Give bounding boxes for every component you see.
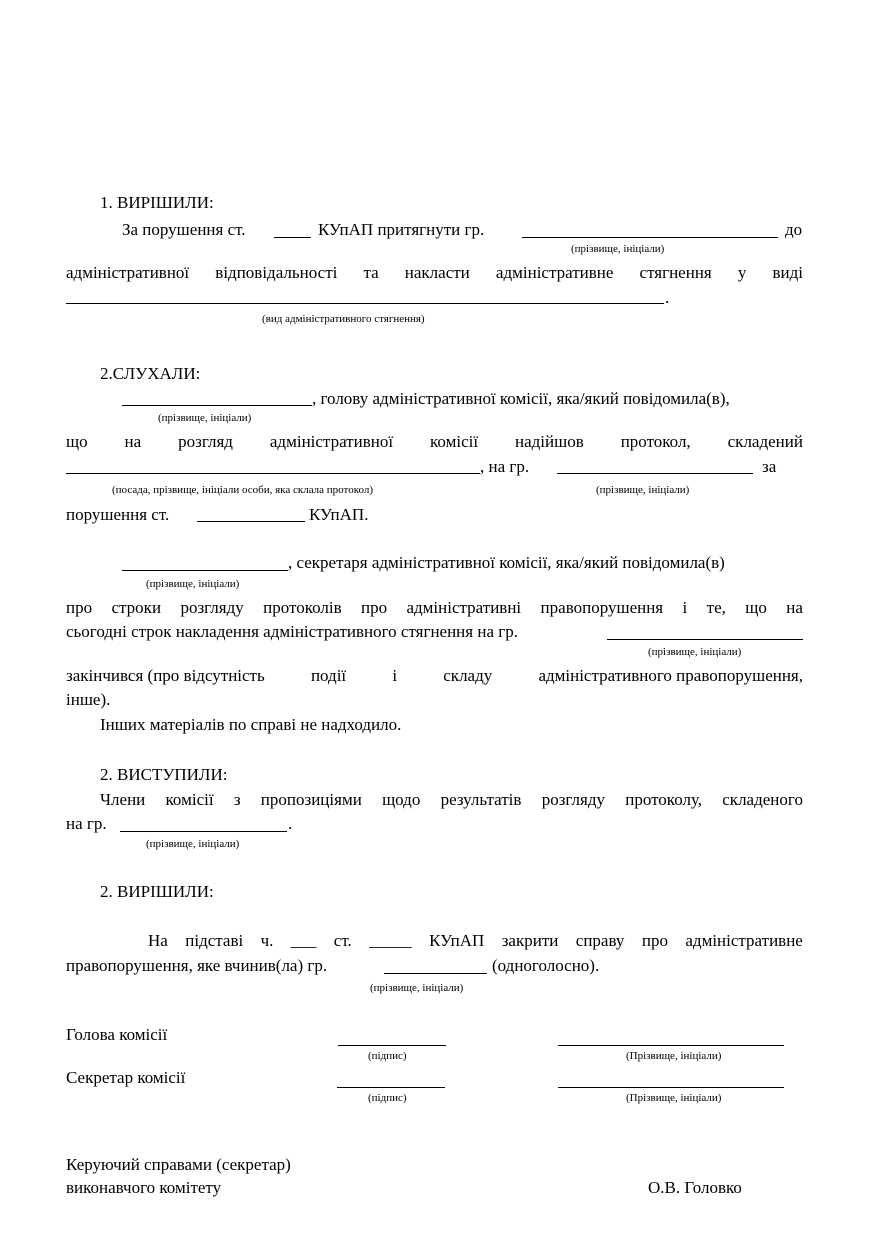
section-3-heading: 2. ВИСТУПИЛИ: [100,765,227,785]
word: про [361,598,387,618]
word: ст. [334,931,352,951]
protocol-for-text: за [762,457,776,477]
penalty-type-blank[interactable] [66,303,664,304]
word: складеного [722,790,803,810]
protocol-citizen-blank[interactable] [557,473,753,474]
violation-suffix: КУпАП. [309,505,368,525]
citizen-name-caption: (прізвище, ініціали) [571,243,664,256]
today-text: сьогодні строк накладення адміністративн… [66,622,518,642]
chair-fullname-blank[interactable] [558,1045,784,1046]
word: адміністративної [270,432,393,452]
penalty-type-caption: (вид адміністративного стягнення) [262,313,425,326]
word: _____ [369,931,412,951]
word: адміністративне [685,931,802,951]
chair-signature-caption: (підпис) [368,1050,407,1063]
today-citizen-blank[interactable] [607,639,803,640]
secretary-name-caption: (прізвище, ініціали) [146,578,239,591]
section-1-text-middle: КУпАП притягнути гр. [318,220,484,240]
word: на [125,432,142,452]
word: комісії [430,432,478,452]
word: та [363,263,378,283]
word: адміністративної [66,263,189,283]
chair-text: , голову адміністративної комісії, яка/я… [312,389,730,409]
violation-article-blank[interactable] [197,521,305,522]
offense-prefix: правопорушення, яке вчинив(ла) гр. [66,956,327,976]
word: щодо [382,790,420,810]
word: ___ [291,931,317,951]
word: стягнення [640,263,712,283]
word: про [642,931,668,951]
article-blank[interactable] [274,237,311,238]
expired-line: закінчився (про відсутністьподіїіскладуа… [66,666,803,686]
section-4-heading: 2. ВИРІШИЛИ: [100,882,214,902]
word: про [66,598,92,618]
today-citizen-caption: (прізвище, ініціали) [648,646,741,659]
word: протокол, [621,432,691,452]
section-1-text-prefix: За порушення ст. [122,220,246,240]
protocol-author-caption: (посада, прізвище, ініціали особи, яка с… [112,484,373,497]
word: Члени [100,790,145,810]
footer-signatory-name: О.В. Головко [648,1178,742,1198]
secretary-fullname-blank[interactable] [558,1087,784,1088]
section-1-line-2: адміністративноївідповідальностітанаклас… [66,263,803,283]
word: справу [576,931,625,951]
chair-name-caption: (прізвище, ініціали) [158,412,251,425]
word: закінчився (про відсутність [66,666,265,686]
members-period: . [288,814,292,834]
members-line: Членикомісіїзпропозиціямищодорезультатів… [100,790,803,810]
members-citizen-blank[interactable] [120,831,287,832]
word: адміністративного правопорушення, [538,666,803,686]
word: На [148,931,168,951]
word: строки [112,598,162,618]
section-1-period: . [665,288,669,308]
word: розгляду [180,598,243,618]
word: розгляд [178,432,233,452]
terms-line: прострокирозглядупротоколівпроадміністра… [66,598,803,618]
word: на [786,598,803,618]
secretary-signature-caption: (підпис) [368,1092,407,1105]
citizen-name-blank[interactable] [522,237,778,238]
basis-line: Напідставіч.___ст._____КУпАПзакритисправ… [148,931,803,951]
violation-prefix: порушення ст. [66,505,169,525]
protocol-line: щонарозглядадміністративноїкомісіїнадійш… [66,432,803,452]
footer-title-line-2: виконавчого комітету [66,1178,221,1198]
chair-role: Голова комісії [66,1025,167,1045]
offense-citizen-blank[interactable] [384,973,487,974]
section-1-text-suffix: до [785,220,802,240]
section-1-heading: 1. ВИРІШИЛИ: [100,193,214,213]
secretary-text: , секретаря адміністративної комісії, як… [288,553,725,573]
secretary-fullname-caption: (Прізвище, ініціали) [626,1092,721,1105]
word: з [234,790,241,810]
word: відповідальності [215,263,337,283]
word: накласти [405,263,470,283]
secretary-name-blank[interactable] [122,570,288,571]
word: події [311,666,346,686]
section-2-heading: 2.СЛУХАЛИ: [100,364,200,384]
word: адміністративне [496,263,613,283]
word: складу [443,666,492,686]
word: надійшов [515,432,584,452]
word: протоколів [263,598,341,618]
protocol-citizen-caption: (прізвище, ініціали) [596,484,689,497]
word: і [683,598,688,618]
word: що [66,432,88,452]
word: підставі [185,931,243,951]
secretary-role: Секретар комісії [66,1068,185,1088]
protocol-on-citizen: , на гр. [480,457,529,477]
word: розгляду [542,790,605,810]
on-citizen-text: на гр. [66,814,107,834]
footer-title-line-1: Керуючий справами (секретар) [66,1155,291,1175]
word: те, [707,598,726,618]
no-materials-text: Інших матеріалів по справі не надходило. [100,715,401,735]
offense-citizen-caption: (прізвище, ініціали) [370,982,463,995]
word: результатів [441,790,522,810]
word: комісії [166,790,214,810]
protocol-author-blank[interactable] [66,473,480,474]
word: адміністративні [406,598,521,618]
chair-fullname-caption: (Прізвище, ініціали) [626,1050,721,1063]
word: ч. [261,931,274,951]
word: закрити [502,931,559,951]
chair-signature-blank[interactable] [338,1045,446,1046]
word: виді [772,263,803,283]
secretary-signature-blank[interactable] [337,1087,445,1088]
chair-name-blank[interactable] [122,405,312,406]
word: правопорушення [541,598,664,618]
expired-end: інше). [66,690,110,710]
word: що [745,598,767,618]
word: КУпАП [429,931,484,951]
members-citizen-caption: (прізвище, ініціали) [146,838,239,851]
word: протоколу, [625,790,702,810]
word: складений [728,432,803,452]
word: і [392,666,397,686]
word: пропозиціями [261,790,362,810]
offense-suffix: (одноголосно). [492,956,599,976]
word: у [738,263,747,283]
